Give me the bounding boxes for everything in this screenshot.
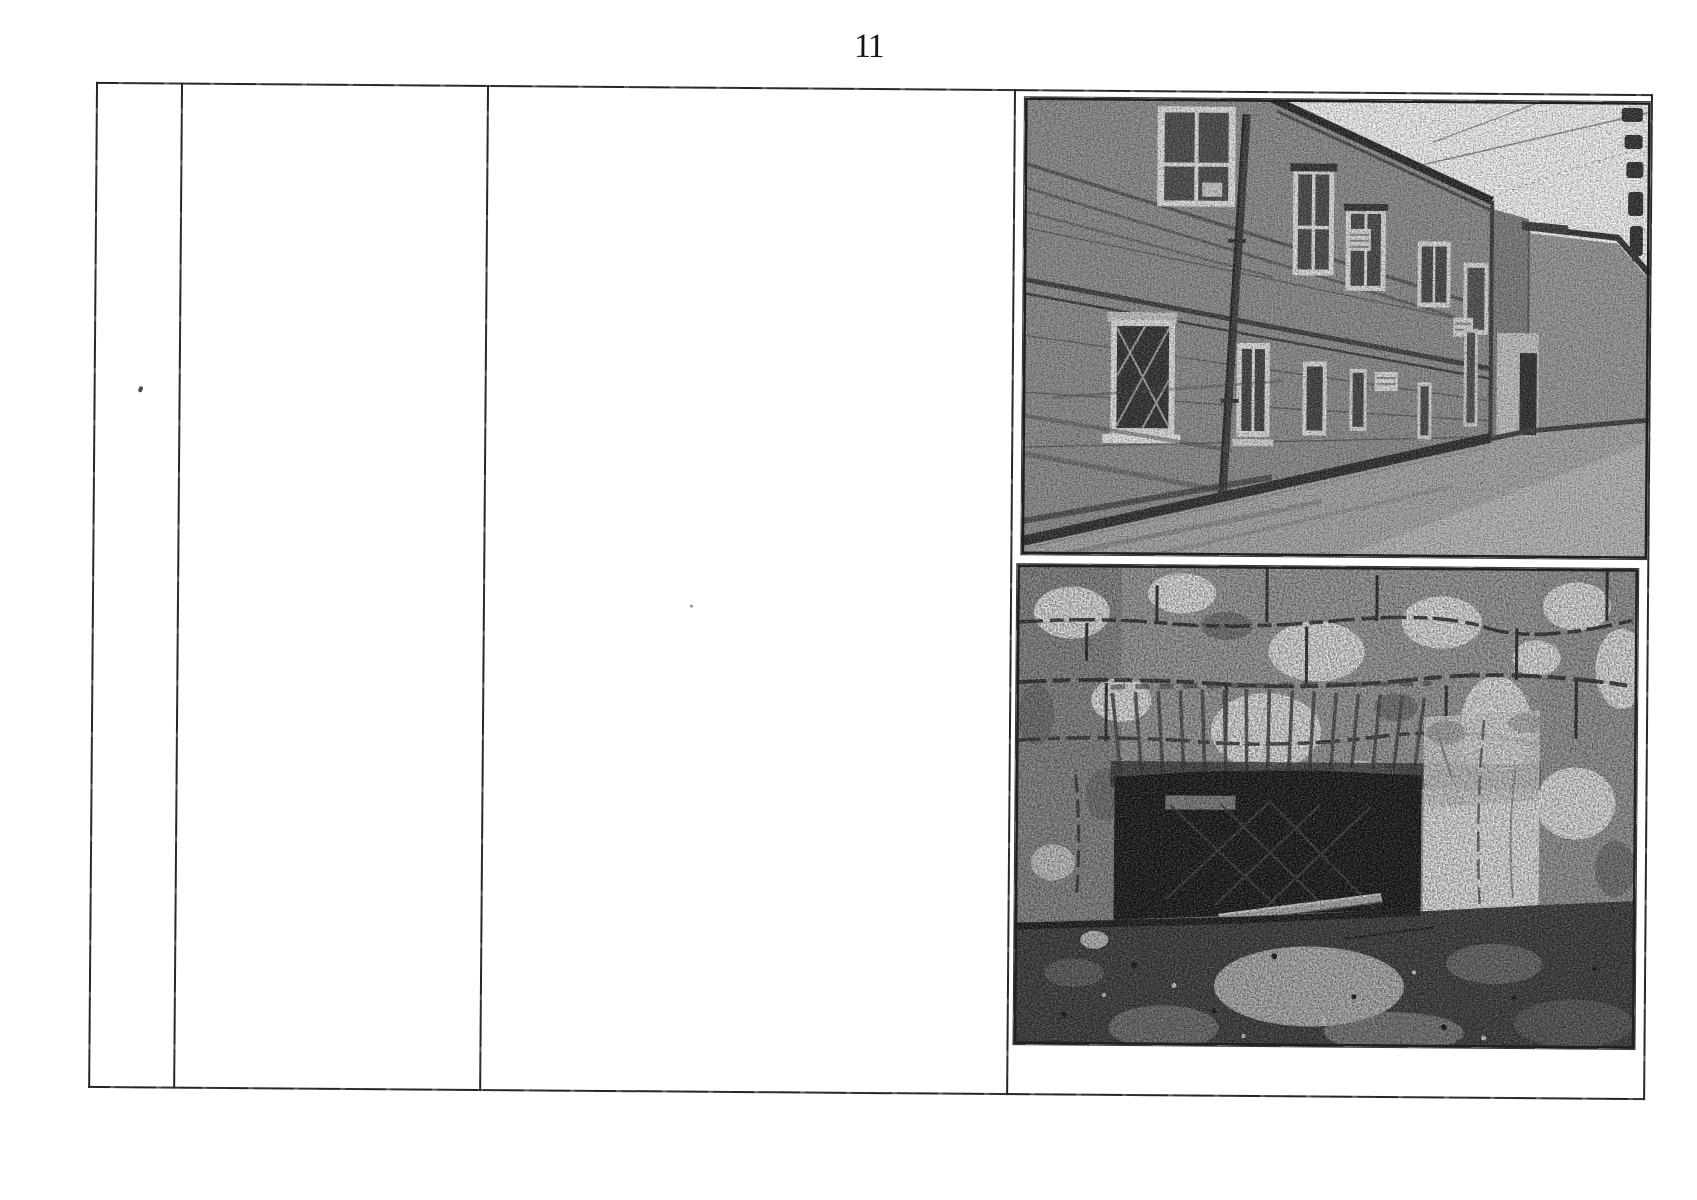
scanned-page: 11 [0,0,1697,1200]
basement-opening-photo [1014,564,1639,1049]
building-facade-photo-image [1021,97,1651,559]
scan-artifact-speck [690,605,693,608]
building-facade-photo [1021,97,1651,559]
table-cell-3 [481,87,1014,1093]
basement-opening-photo-image [1014,564,1639,1049]
table-cell-1 [90,84,181,1087]
table-cell-2 [175,85,487,1089]
halftone-grain-light [1021,97,1651,559]
halftone-grain-light [1014,564,1639,1049]
page-number: 11 [838,28,898,66]
